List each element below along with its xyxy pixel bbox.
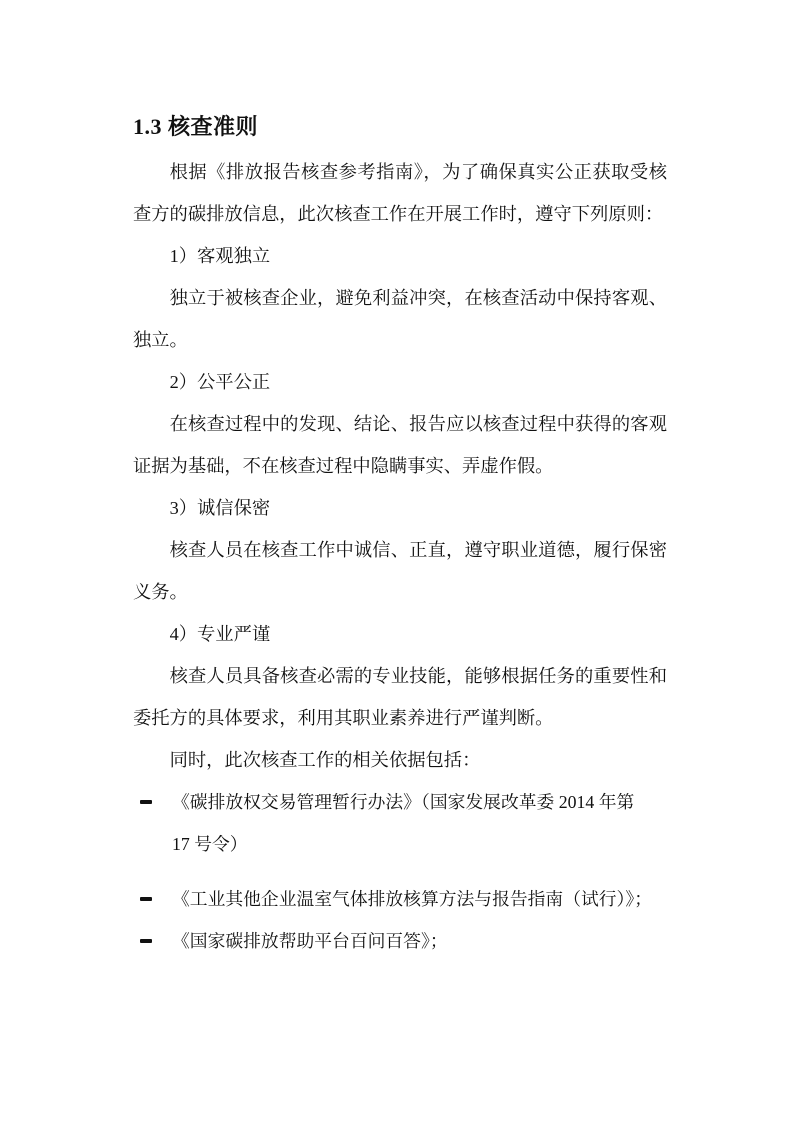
dash-bullet-icon — [140, 939, 152, 943]
reference-text-line: 《国家碳排放帮助平台百问百答》； — [172, 920, 667, 962]
principle-4-title: 4）专业严谨 — [133, 613, 667, 655]
section-heading: 1.3 核查准则 — [133, 112, 667, 142]
list-item: 《工业其他企业温室气体排放核算方法与报告指南（试行）》； — [133, 878, 667, 920]
list-item: 《碳排放权交易管理暂行办法》（国家发展改革委 2014 年第 17 号令） — [133, 781, 667, 865]
list-item: 《国家碳排放帮助平台百问百答》； — [133, 920, 667, 962]
document-page: 1.3 核查准则 根据《排放报告核查参考指南》，为了确保真实公正获取受核查方的碳… — [0, 0, 800, 1132]
reference-text-line: 《碳排放权交易管理暂行办法》（国家发展改革委 2014 年第 — [172, 781, 667, 823]
dash-bullet-icon — [140, 897, 152, 901]
reference-list: 《碳排放权交易管理暂行办法》（国家发展改革委 2014 年第 17 号令） 《工… — [133, 781, 667, 962]
principle-2-body: 在核查过程中的发现、结论、报告应以核查过程中获得的客观证据为基础，不在核查过程中… — [133, 403, 667, 487]
principle-1-body: 独立于被核查企业，避免利益冲突，在核查活动中保持客观、独立。 — [133, 277, 667, 361]
reference-text-line: 《工业其他企业温室气体排放核算方法与报告指南（试行）》； — [172, 878, 667, 920]
principle-4-body: 核查人员具备核查必需的专业技能，能够根据任务的重要性和委托方的具体要求，利用其职… — [133, 655, 667, 739]
principle-2-title: 2）公平公正 — [133, 361, 667, 403]
principle-3-title: 3）诚信保密 — [133, 487, 667, 529]
principle-3-body: 核查人员在核查工作中诚信、正直，遵守职业道德，履行保密义务。 — [133, 529, 667, 613]
paragraph-intro: 根据《排放报告核查参考指南》，为了确保真实公正获取受核查方的碳排放信息，此次核查… — [133, 151, 667, 235]
reference-text-line: 17 号令） — [172, 823, 667, 865]
paragraph-basis-lead: 同时，此次核查工作的相关依据包括： — [133, 739, 667, 781]
dash-bullet-icon — [140, 800, 152, 804]
principle-1-title: 1）客观独立 — [133, 235, 667, 277]
